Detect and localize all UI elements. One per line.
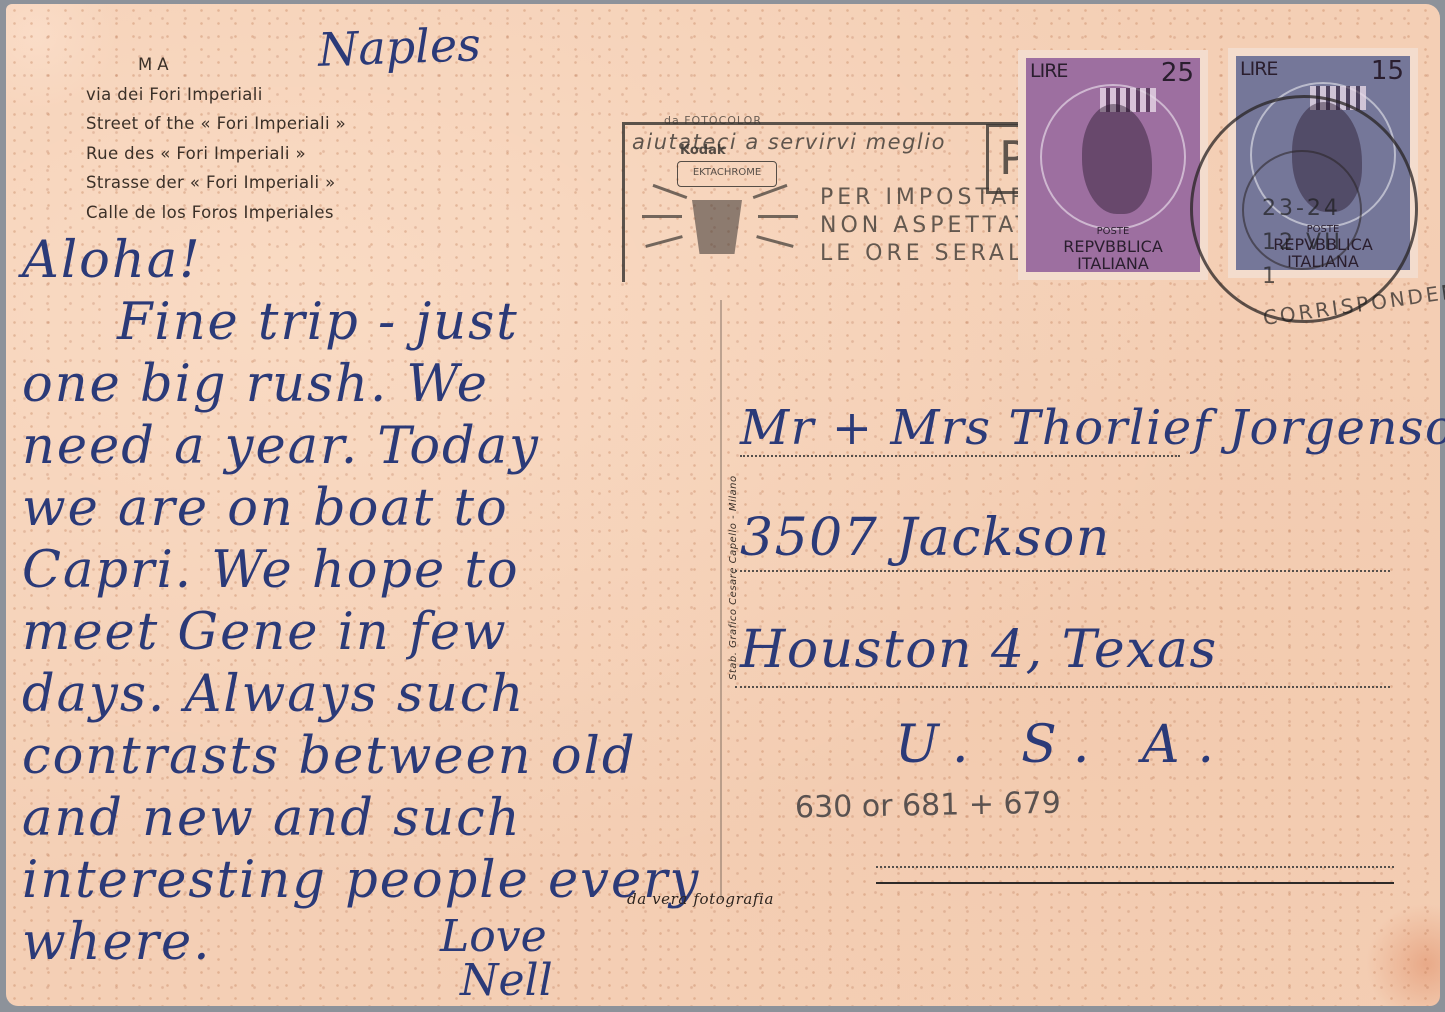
message-line: Fine trip - just bbox=[22, 292, 700, 354]
postmark-date: 23-24 12 VII 1 bbox=[1262, 192, 1343, 294]
siracusana-medallion-icon bbox=[1040, 84, 1186, 230]
caption-title: MA bbox=[86, 50, 346, 80]
photo-credit: da vera fotografia bbox=[627, 890, 774, 908]
message-line: meet Gene in few bbox=[22, 602, 700, 664]
signature-block: Love Nell bbox=[440, 915, 553, 1003]
ray-icon bbox=[642, 215, 682, 218]
printed-caption: MA via dei Fori Imperiali Street of the … bbox=[86, 50, 346, 227]
stamp-country: REPVBBLICA ITALIANA bbox=[1026, 238, 1200, 272]
pencil-note: 630 or 681 + 679 bbox=[795, 786, 1061, 826]
profile-head-icon bbox=[1082, 104, 1152, 214]
stamp-country-line: REPVBBLICA bbox=[1026, 238, 1200, 255]
message-line: days. Always such bbox=[22, 664, 700, 726]
stamp-value: 15 bbox=[1371, 56, 1404, 86]
message-line: one big rush. We bbox=[22, 354, 700, 416]
caption-italian: via dei Fori Imperiali bbox=[86, 80, 346, 110]
message-line: and new and such bbox=[22, 788, 700, 850]
caption-french: Rue des « Fori Imperiali » bbox=[86, 139, 346, 169]
slogan-line-1: PER IMPOSTARE bbox=[820, 184, 1051, 212]
postmark-date-line: 23-24 bbox=[1262, 192, 1343, 226]
slogan-small-text: da FOTOCOLOR bbox=[664, 114, 762, 127]
stamp-currency: LIRE bbox=[1030, 60, 1067, 82]
message-line: need a year. Today bbox=[22, 416, 700, 478]
message-line: we are on boat to bbox=[22, 478, 700, 540]
stamp-country-line: ITALIANA bbox=[1026, 255, 1200, 272]
location-note: Naples bbox=[317, 17, 481, 77]
card-divider bbox=[720, 300, 722, 900]
caption-german: Strasse der « Fori Imperiali » bbox=[86, 168, 346, 198]
kodak-label: Kodak bbox=[680, 143, 726, 158]
address-solid-rule bbox=[876, 882, 1394, 884]
recipient-city: Houston 4, Texas bbox=[740, 620, 1218, 680]
stamp-face: LIRE 25 POSTE REPVBBLICA ITALIANA bbox=[1026, 58, 1200, 272]
message-line: interesting people every bbox=[22, 850, 700, 912]
message-line: where. bbox=[22, 912, 700, 974]
stamp-value: 25 bbox=[1161, 58, 1194, 88]
postmark-date-line: 12 VII bbox=[1262, 226, 1343, 260]
ektachrome-box: EKTACHROME bbox=[677, 161, 777, 187]
ray-icon bbox=[758, 215, 798, 218]
recipient-street: 3507 Jackson bbox=[740, 508, 1111, 568]
postmark-date-line: 1 bbox=[1262, 260, 1343, 294]
film-canister-icon bbox=[692, 200, 742, 254]
message-line: Aloha! bbox=[22, 230, 700, 292]
signature: Nell bbox=[440, 959, 553, 1003]
caption-spanish: Calle de los Foros Imperiales bbox=[86, 198, 346, 228]
handwritten-message: Aloha! Fine trip - just one big rush. We… bbox=[22, 230, 700, 974]
slogan-line-2: NON ASPETTATE bbox=[820, 212, 1051, 240]
slogan-line-3: LE ORE SERALI bbox=[820, 240, 1051, 268]
message-line: contrasts between old bbox=[22, 726, 700, 788]
slogan-lines: PER IMPOSTARE NON ASPETTATE LE ORE SERAL… bbox=[820, 184, 1051, 268]
caption-english: Street of the « Fori Imperiali » bbox=[86, 109, 346, 139]
stamp-poste: POSTE bbox=[1026, 226, 1200, 237]
stamp-25-lire: LIRE 25 POSTE REPVBBLICA ITALIANA bbox=[1018, 50, 1208, 280]
recipient-country: U. S. A. bbox=[895, 715, 1232, 775]
address-line-rule bbox=[735, 686, 1390, 688]
stamp-currency: LIRE bbox=[1240, 58, 1277, 80]
closing: Love bbox=[440, 915, 553, 959]
recipient-name: Mr + Mrs Thorlief Jorgenson bbox=[740, 400, 1445, 456]
printer-credit: Stab. Grafico Cesare Capello - Milano bbox=[728, 475, 739, 680]
address-line-rule bbox=[876, 866, 1394, 868]
address-line-rule bbox=[735, 570, 1390, 572]
message-line: Capri. We hope to bbox=[22, 540, 700, 602]
